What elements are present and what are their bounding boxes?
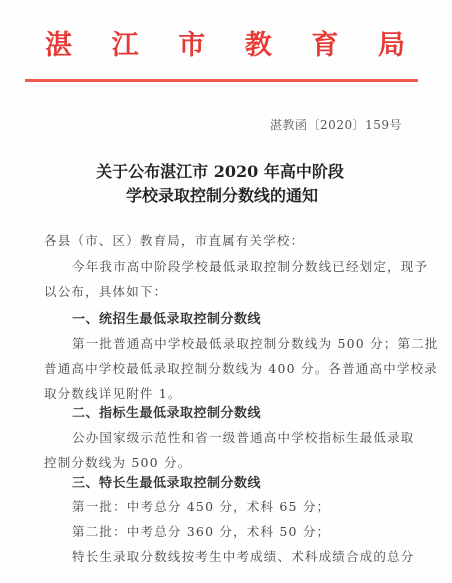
header-divider-rule — [25, 79, 418, 82]
section-3-line-2: 第二批：中考总分 360 分，术科 50 分； — [72, 519, 432, 544]
header-char: 育 — [311, 30, 338, 62]
document-page: 湛 江 市 教 育 局 湛教函〔2020〕159号 关于公布湛江市 2020 年… — [0, 0, 452, 583]
section-2-heading: 二、指标生最低录取控制分数线 — [72, 402, 261, 421]
header-char: 江 — [112, 30, 139, 62]
document-title-line-1: 关于公布湛江市 2020 年高中阶段 — [0, 160, 446, 184]
section-3-line-3: 特长生录取分数线按考生中考成绩、术科成绩合成的总分 — [72, 544, 432, 569]
section-2-line-1: 公办国家级示范性和省一级普通高中学校指标生最低录取 — [72, 425, 432, 450]
section-1-line-2: 普通高中学校最低录取控制分数线为 400 分。各普通高中学校录 — [44, 356, 404, 381]
intro-line-1: 今年我市高中阶段学校最低录取控制分数线已经划定，现予 — [72, 254, 432, 279]
header-char: 教 — [245, 30, 272, 62]
document-number: 湛教函〔2020〕159号 — [270, 116, 402, 133]
section-1-line-1: 第一批普通高中学校最低录取控制分数线为 500 分；第二批 — [72, 331, 432, 356]
salutation: 各县（市、区）教育局，市直属有关学校： — [44, 228, 404, 253]
section-1-heading: 一、统招生最低录取控制分数线 — [72, 308, 261, 327]
intro-line-2: 以公布，具体如下： — [44, 279, 404, 304]
document-title-line-2: 学校录取控制分数线的通知 — [0, 184, 448, 208]
issuing-authority-header: 湛 江 市 教 育 局 — [45, 30, 405, 62]
header-char: 市 — [178, 30, 205, 62]
section-3-line-1: 第一批：中考总分 450 分，术科 65 分； — [72, 494, 432, 519]
section-3-heading: 三、特长生最低录取控制分数线 — [72, 472, 261, 491]
header-char: 局 — [378, 30, 405, 62]
header-char: 湛 — [45, 30, 72, 62]
